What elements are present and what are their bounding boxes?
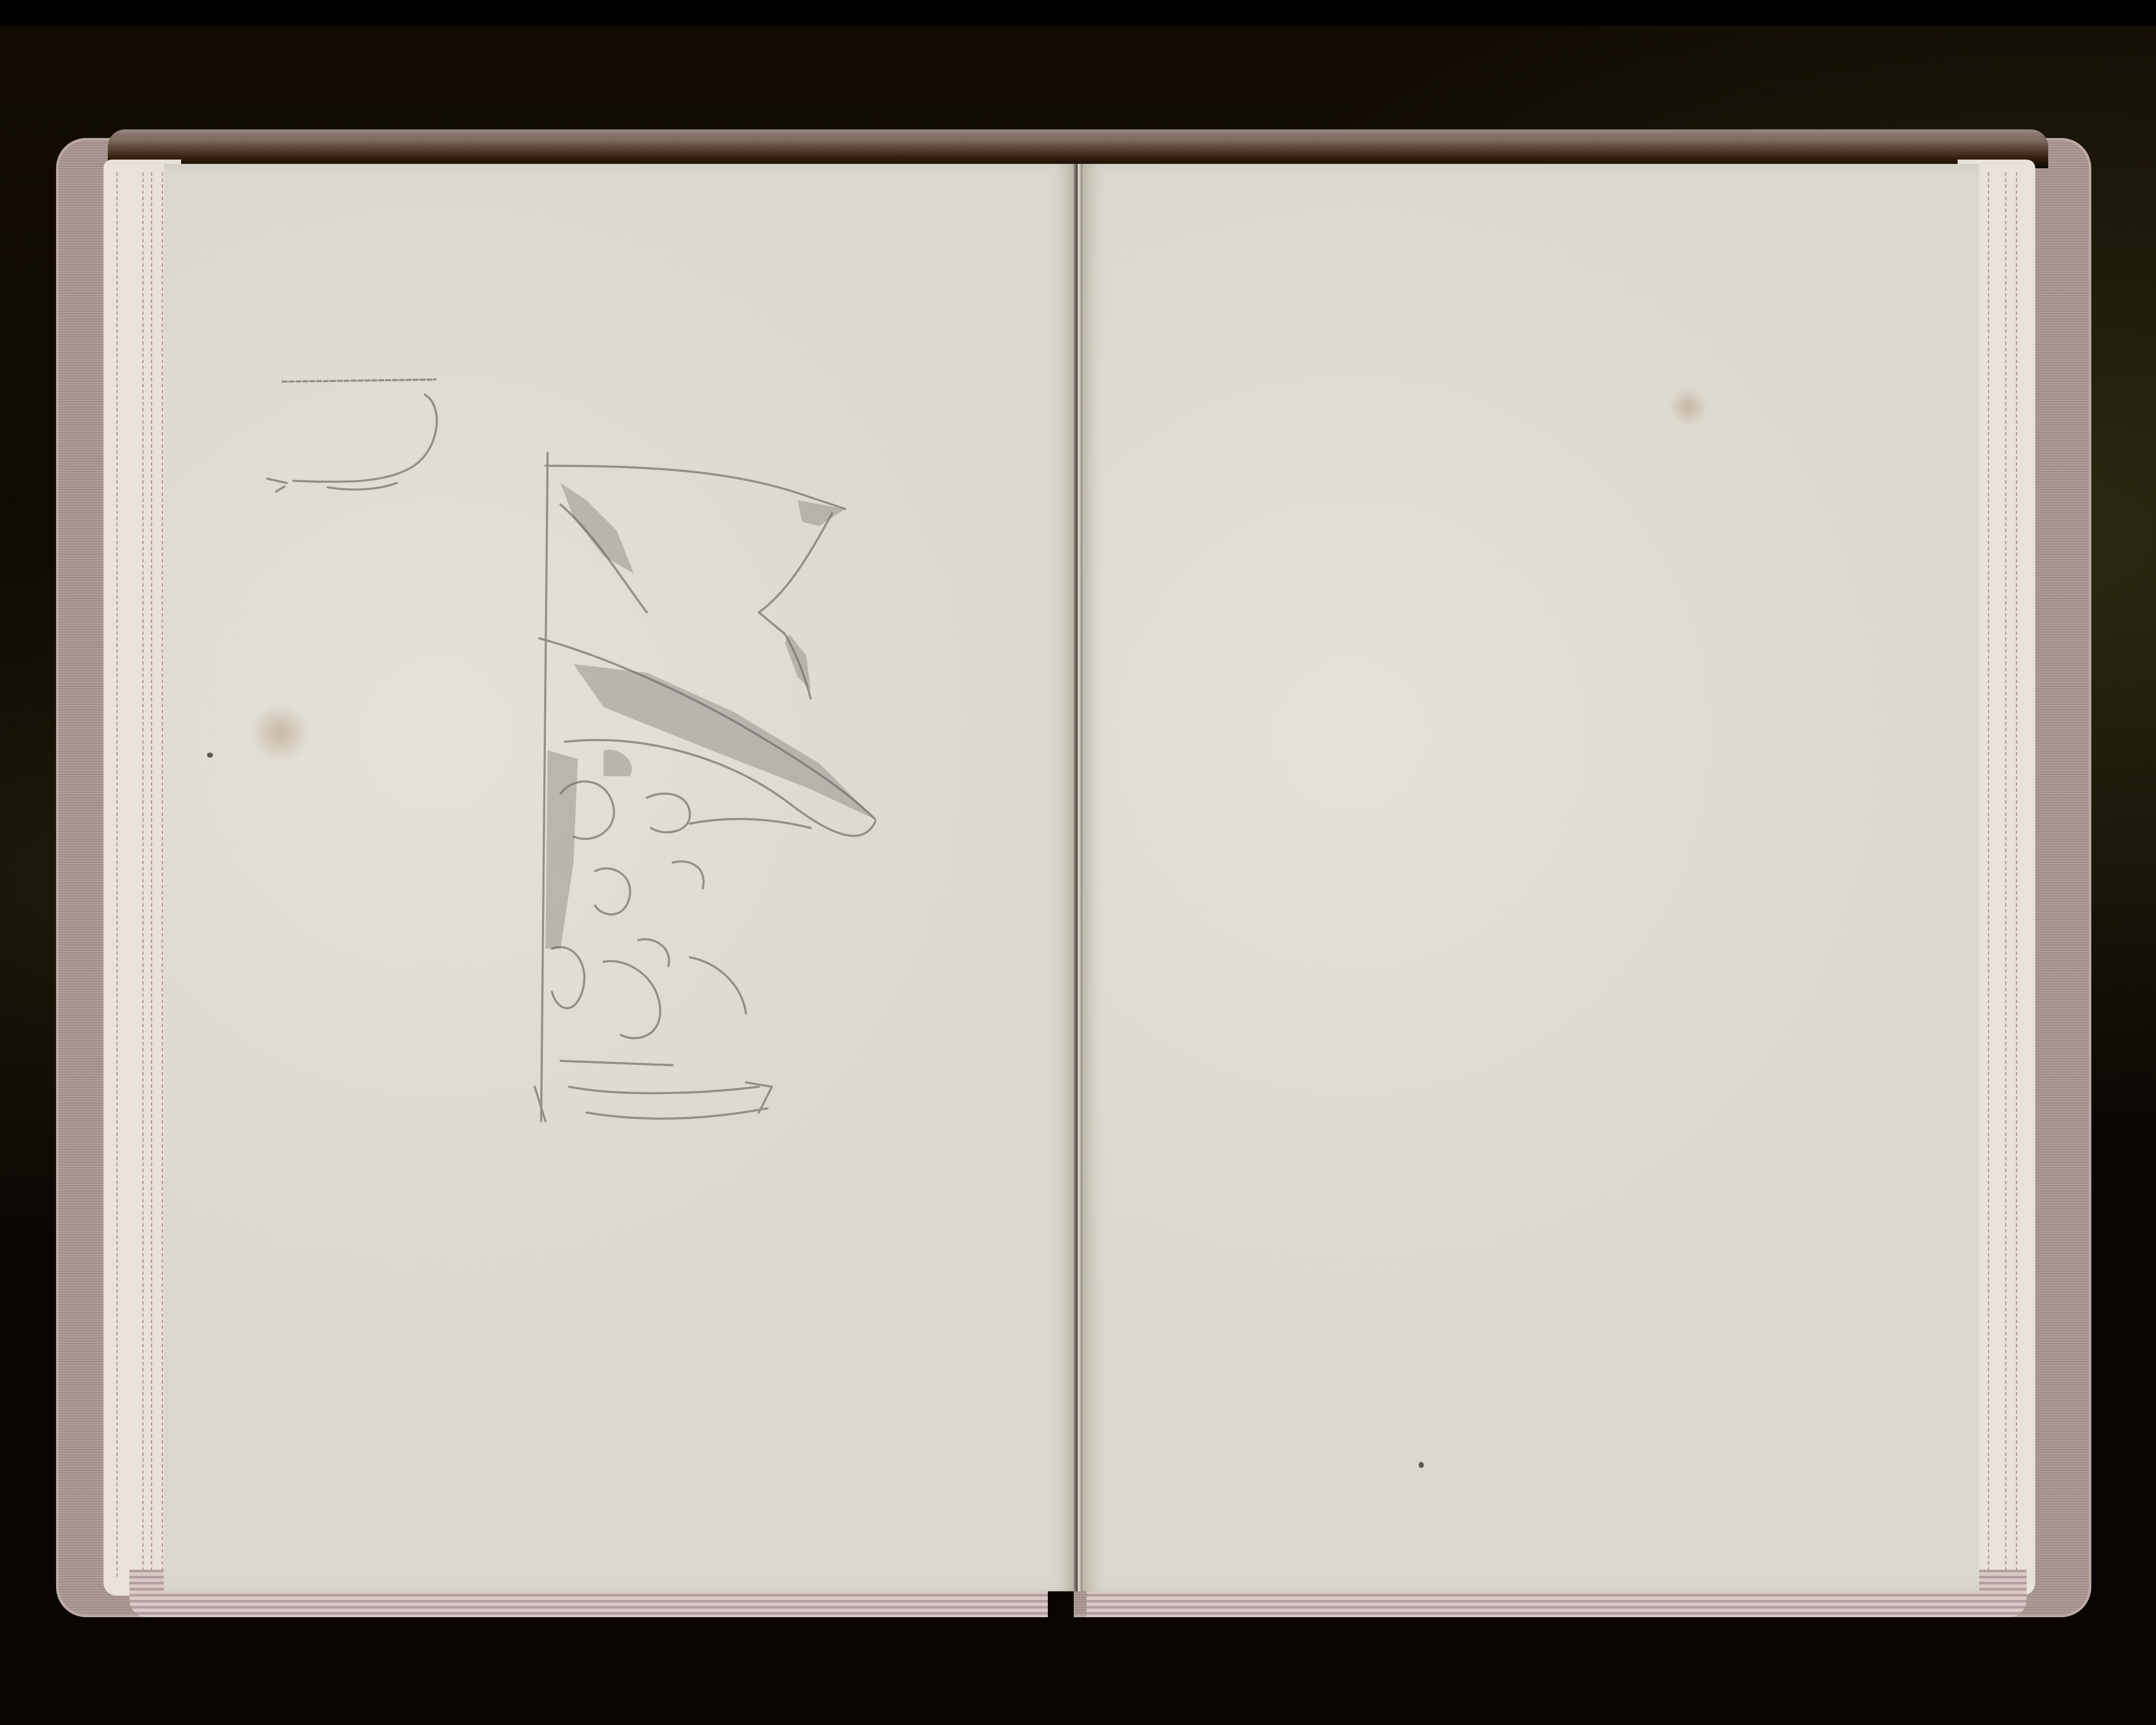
right-page — [1082, 164, 1979, 1591]
ink-speck — [207, 753, 213, 758]
page-edge-line — [116, 172, 118, 1578]
page-edge-line — [151, 172, 152, 1578]
page-edge-line — [2016, 172, 2017, 1578]
page-edge-line — [162, 172, 163, 1578]
foxing-stain — [1669, 388, 1708, 427]
page-edge-line — [2005, 172, 2006, 1578]
page-edge-line — [142, 172, 144, 1578]
left-page — [164, 164, 1074, 1591]
page-edge-line — [1988, 172, 1989, 1578]
top-edge-fraying — [108, 129, 2048, 168]
foxing-stain — [250, 703, 310, 763]
ink-speck — [1419, 1462, 1424, 1468]
scan-top-border — [0, 0, 2156, 26]
book-gutter — [1074, 164, 1082, 1591]
